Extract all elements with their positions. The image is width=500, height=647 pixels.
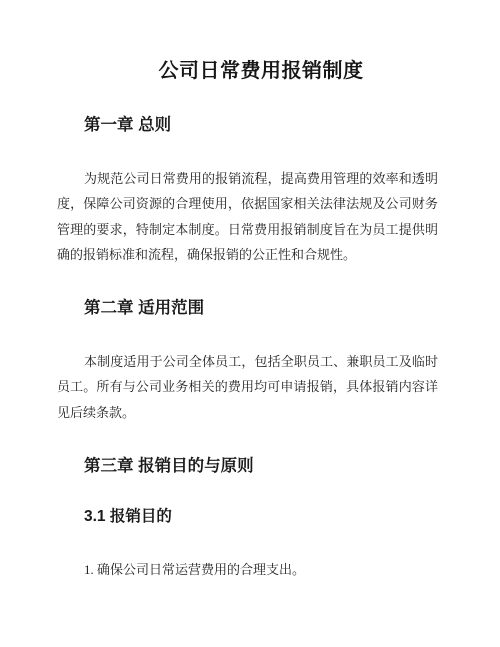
chapter-2-heading: 第二章 适用范围 <box>57 297 438 319</box>
document-page: 公司日常费用报销制度 第一章 总则 为规范公司日常费用的报销流程，提高费用管理的… <box>0 0 500 647</box>
numbered-item-1: 1. 确保公司日常运营费用的合理支出。 <box>57 557 438 582</box>
chapter-1-paragraph: 为规范公司日常费用的报销流程，提高费用管理的效率和透明度，保障公司资源的合理使用… <box>57 166 438 267</box>
section-3-1-heading: 3.1 报销目的 <box>57 507 438 527</box>
chapter-2-paragraph: 本制度适用于公司全体员工，包括全职员工、兼职员工及临时员工。所有与公司业务相关的… <box>57 349 438 425</box>
chapter-3-heading: 第三章 报销目的与原则 <box>57 455 438 477</box>
chapter-1-heading: 第一章 总则 <box>57 114 438 136</box>
document-title: 公司日常费用报销制度 <box>57 58 438 84</box>
